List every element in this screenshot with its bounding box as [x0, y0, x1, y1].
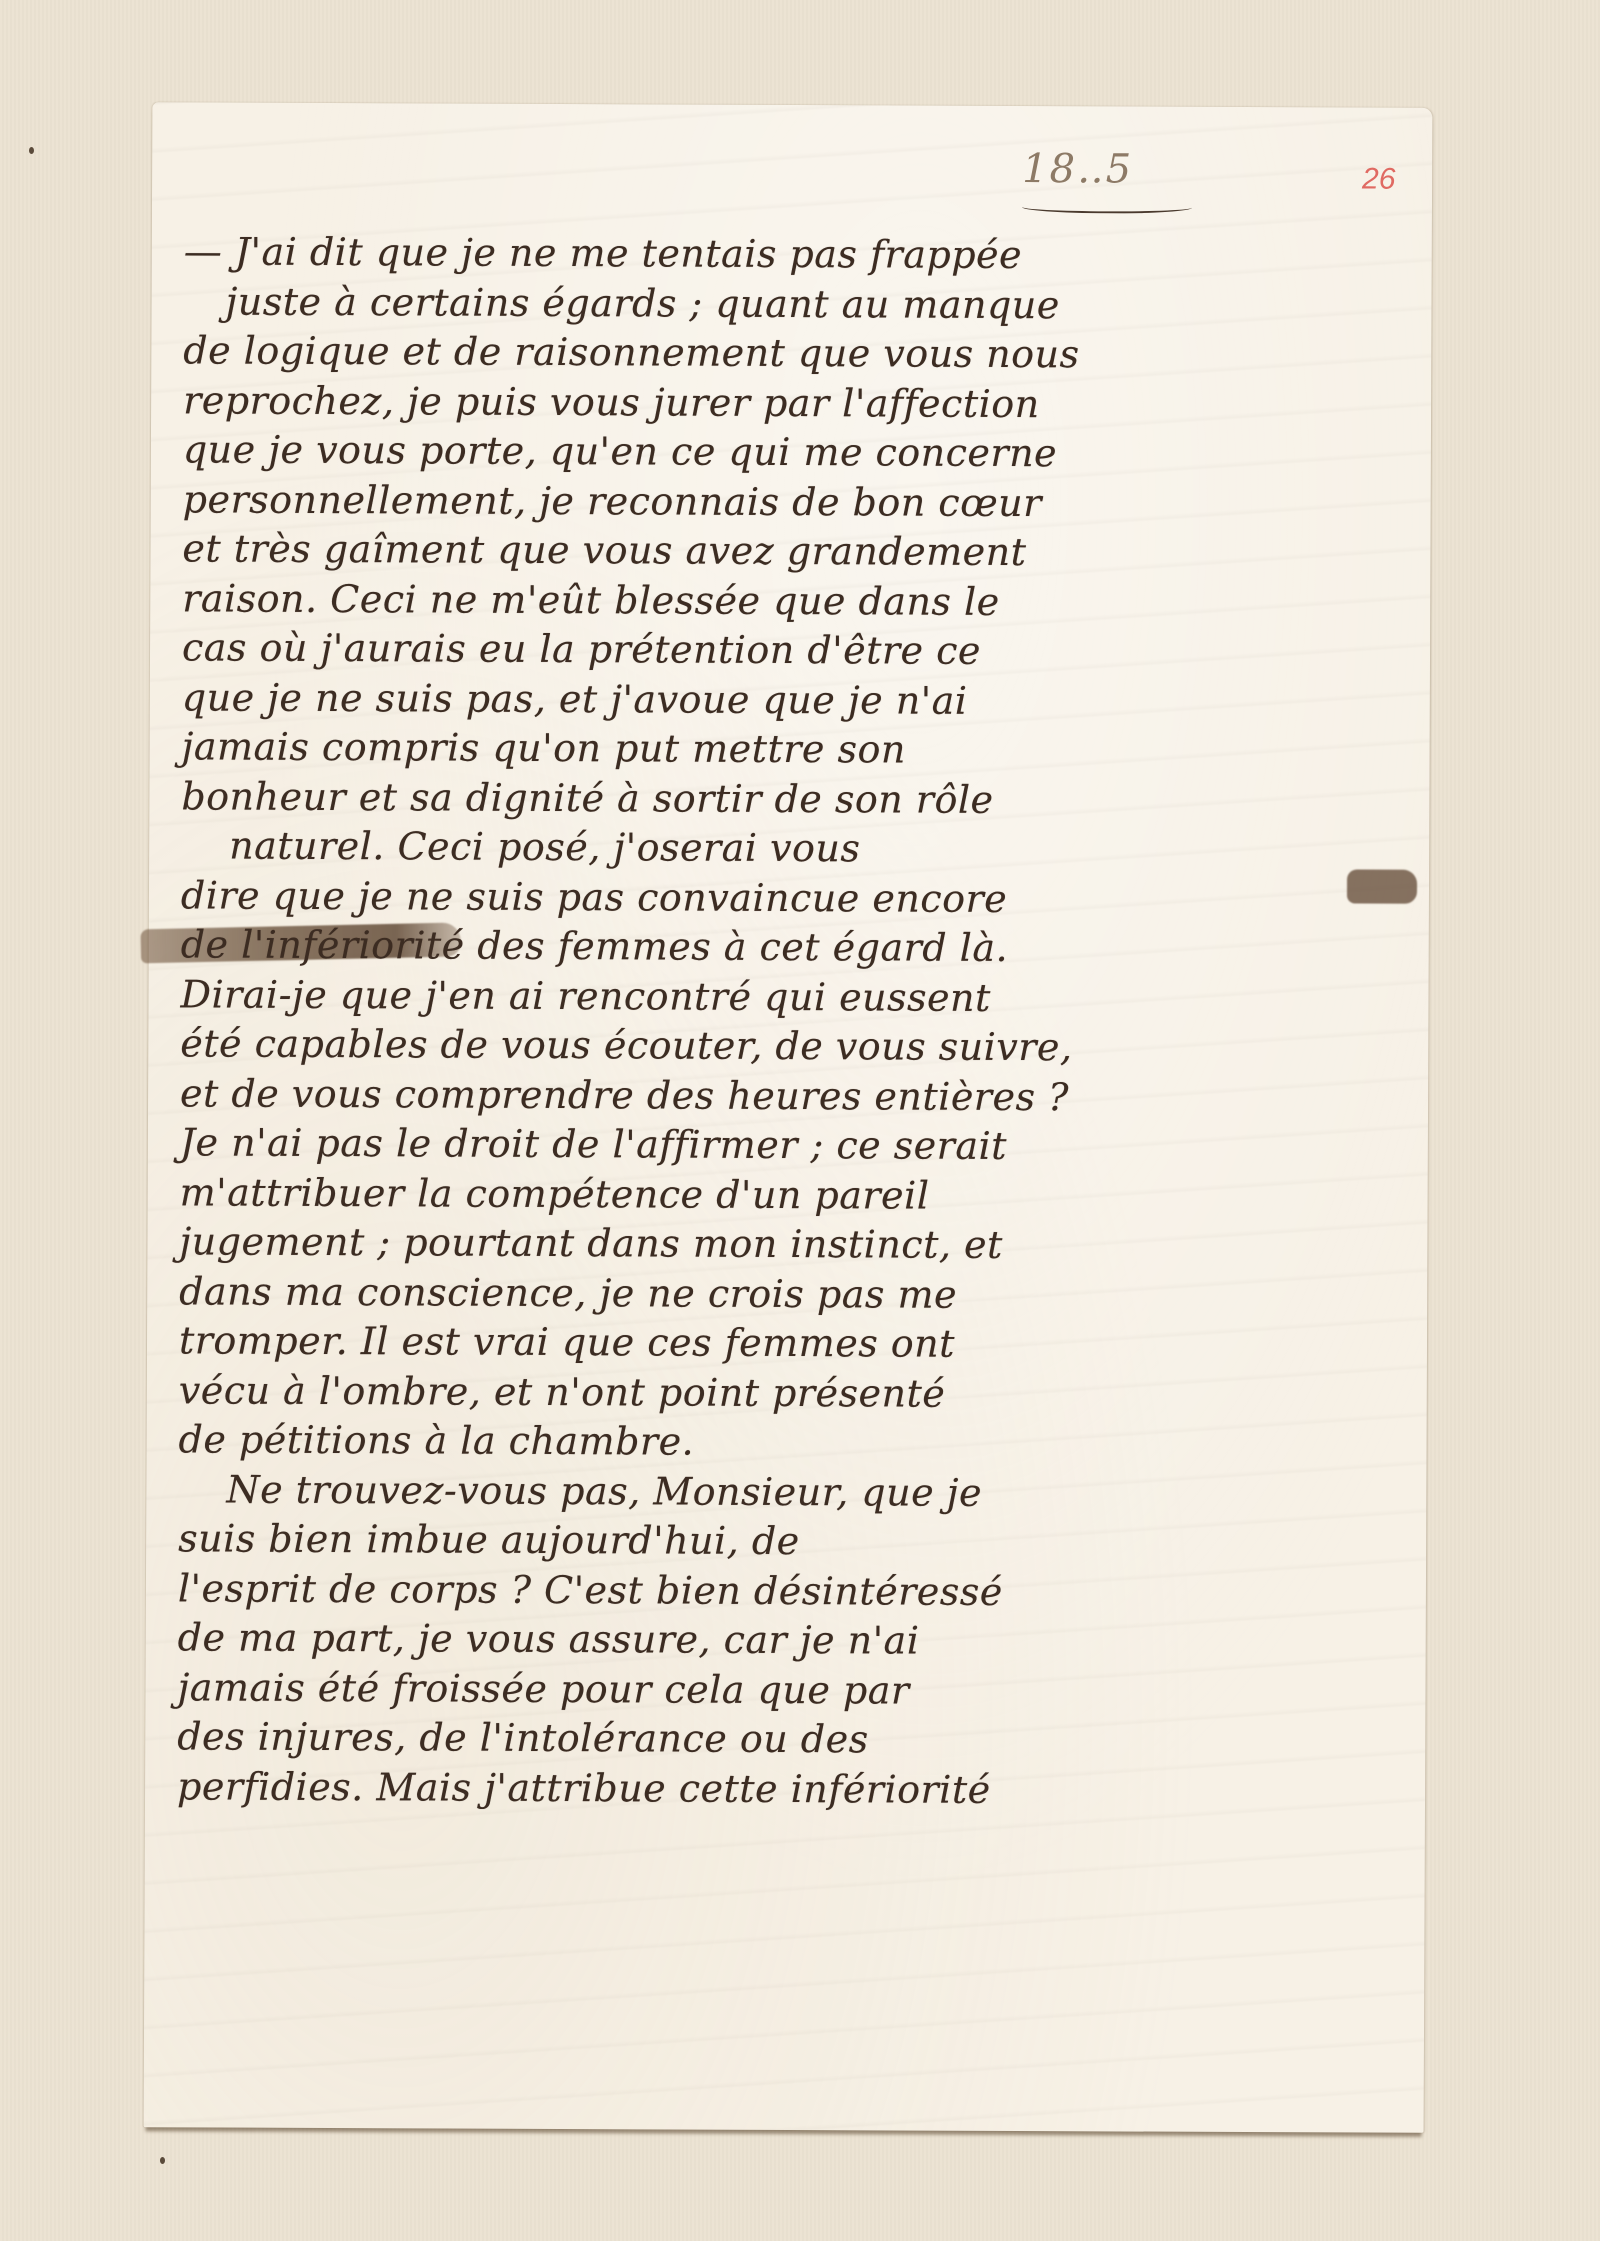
text-line: jamais compris qu'on put mettre son	[182, 722, 1412, 777]
text-line: de l'infériorité des femmes à cet égard …	[181, 920, 1411, 975]
text-line: Ne trouvez-vous pas, Monsieur, que je	[178, 1465, 1408, 1520]
text-line: jamais été froissée pour cela que par	[177, 1663, 1407, 1718]
text-line: raison. Ceci ne m'eût blessée que dans l…	[182, 574, 1412, 629]
text-line: vécu à l'ombre, et n'ont point présenté	[179, 1366, 1409, 1421]
letter-sheet: 18‥5 26 — J'ai dit que je ne me tentais …	[144, 102, 1433, 2133]
text-line: de logique et de raisonnement que vous n…	[183, 326, 1413, 381]
text-line: suis bien imbue aujourd'hui, de	[178, 1514, 1408, 1569]
text-line: personnellement, je reconnais de bon cœu…	[183, 475, 1413, 530]
folio-number: 26	[1362, 162, 1396, 196]
date-underline	[1022, 201, 1192, 214]
text-line: et de vous comprendre des heures entière…	[180, 1069, 1410, 1124]
text-line: que je ne suis pas, et j'avoue que je n'…	[182, 673, 1412, 728]
text-line: juste à certains égards ; quant au manqu…	[183, 277, 1413, 332]
paper-speck	[29, 147, 34, 154]
text-line: des injures, de l'intolérance ou des	[177, 1712, 1407, 1767]
text-line: que je vous porte, qu'en ce qui me conce…	[183, 425, 1413, 480]
text-line: dire que je ne suis pas convaincue encor…	[181, 871, 1411, 926]
text-line: de pétitions à la chambre.	[178, 1415, 1408, 1470]
text-line: Dirai-je que j'en ai rencontré qui eusse…	[180, 970, 1410, 1025]
text-line: naturel. Ceci posé, j'oserai vous	[181, 821, 1411, 876]
text-line: de ma part, je vous assure, car je n'ai	[178, 1613, 1408, 1668]
text-line: jugement ; pourtant dans mon instinct, e…	[179, 1217, 1409, 1272]
date-mark: 18‥5	[1022, 146, 1133, 192]
text-line: été capables de vous écouter, de vous su…	[180, 1019, 1410, 1074]
text-line: — J'ai dit que je ne me tentais pas frap…	[184, 227, 1414, 282]
text-line: perfidies. Mais j'attribue cette infério…	[177, 1762, 1407, 1817]
text-line: dans ma conscience, je ne crois pas me	[179, 1267, 1409, 1322]
letter-body: — J'ai dit que je ne me tentais pas frap…	[177, 227, 1414, 1816]
text-line: l'esprit de corps ? C'est bien désintére…	[178, 1564, 1408, 1619]
text-line: tromper. Il est vrai que ces femmes ont	[179, 1316, 1409, 1371]
text-line: Je n'ai pas le droit de l'affirmer ; ce …	[180, 1118, 1410, 1173]
text-line: m'attribuer la compétence d'un pareil	[180, 1168, 1410, 1223]
paper-speck	[160, 2157, 165, 2164]
text-line: bonheur et sa dignité à sortir de son rô…	[181, 772, 1411, 827]
text-line: reprochez, je puis vous jurer par l'affe…	[183, 376, 1413, 431]
text-line: cas où j'aurais eu la prétention d'être …	[182, 623, 1412, 678]
text-line: et très gaîment que vous avez grandement	[182, 524, 1412, 579]
